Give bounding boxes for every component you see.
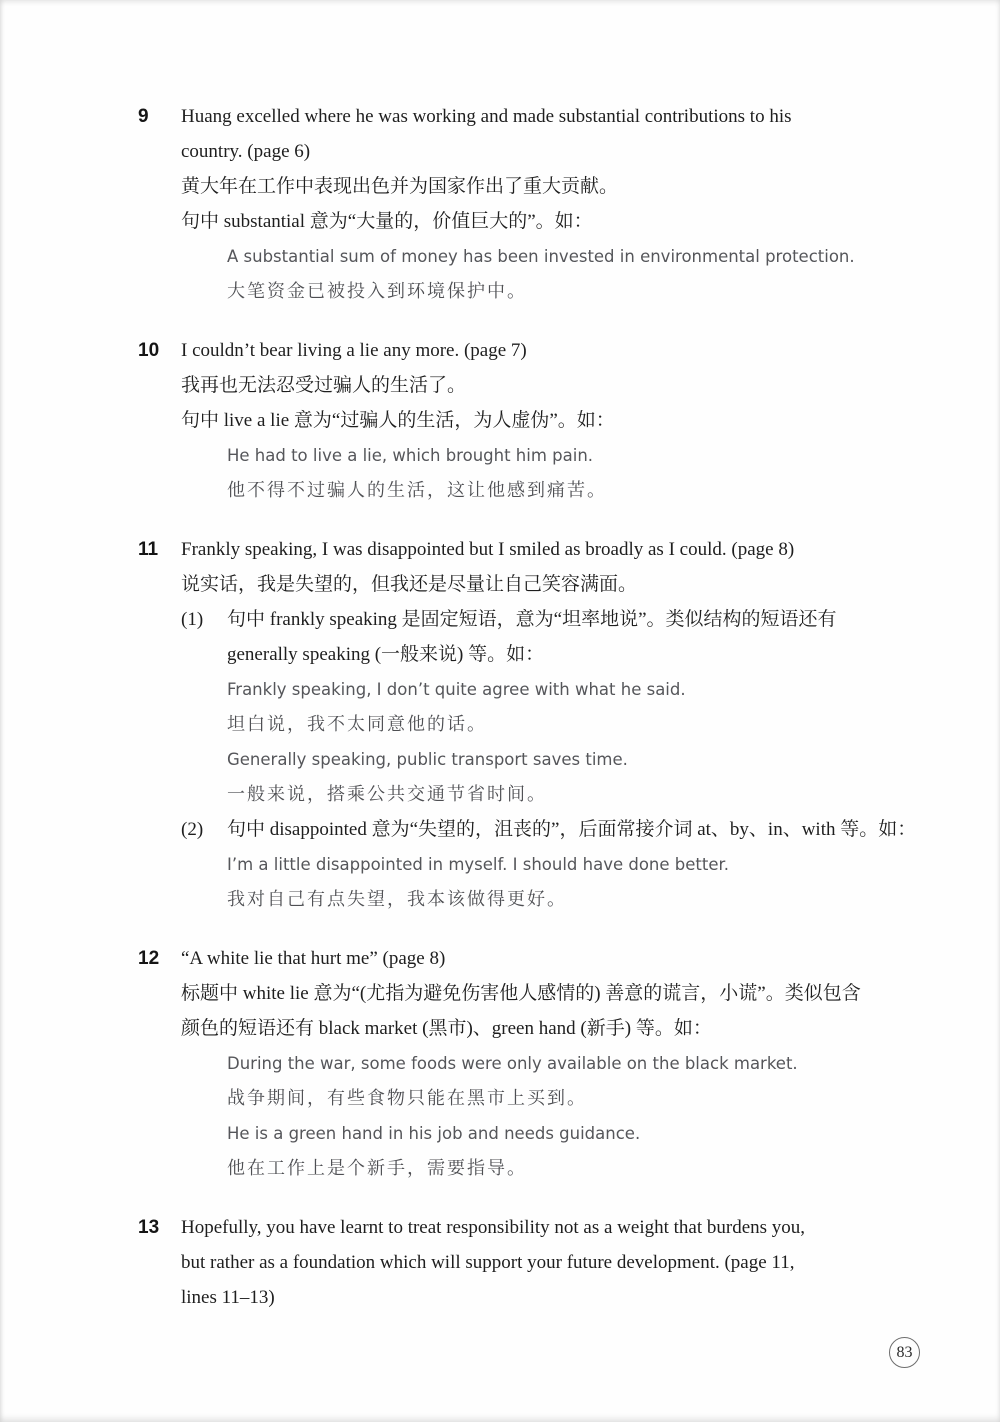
explanation-note: 句中 frankly speaking 是固定短语，意为“坦率地说”。类似结构的… bbox=[227, 602, 878, 637]
explanation-note: 句中 live a lie 意为“过骗人的生活，为人虚伪”。如： bbox=[181, 403, 878, 438]
item-13: 13 Hopefully, you have learnt to treat r… bbox=[138, 1210, 878, 1315]
translation-zh: 说实话，我是失望的，但我还是尽量让自己笑容满面。 bbox=[181, 567, 878, 602]
example-zh: 一般来说，搭乘公共交通节省时间。 bbox=[227, 777, 878, 812]
item-number: 10 bbox=[138, 333, 181, 508]
sub-item-1: (1) 句中 frankly speaking 是固定短语，意为“坦率地说”。类… bbox=[181, 602, 878, 812]
example-en: Frankly speaking, I don’t quite agree wi… bbox=[227, 672, 878, 707]
sub-item-content: 句中 disappointed 意为“失望的，沮丧的”，后面常接介词 at、by… bbox=[227, 812, 878, 917]
sub-item-marker: (1) bbox=[181, 602, 227, 812]
item-12: 12 “A white lie that hurt me” (page 8) 标… bbox=[138, 941, 878, 1186]
sub-item-marker: (2) bbox=[181, 812, 227, 917]
example-zh: 大笔资金已被投入到环境保护中。 bbox=[227, 274, 878, 309]
example-en: A substantial sum of money has been inve… bbox=[227, 239, 878, 274]
sub-item-2: (2) 句中 disappointed 意为“失望的，沮丧的”，后面常接介词 a… bbox=[181, 812, 878, 917]
sentence-en-line: Huang excelled where he was working and … bbox=[181, 99, 878, 134]
item-number: 11 bbox=[138, 532, 181, 917]
page-content: 9 Huang excelled where he was working an… bbox=[138, 99, 878, 1339]
example-zh: 他不得不过骗人的生活，这让他感到痛苦。 bbox=[227, 473, 878, 508]
item-number: 9 bbox=[138, 99, 181, 309]
explanation-note: 句中 disappointed 意为“失望的，沮丧的”，后面常接介词 at、by… bbox=[227, 812, 878, 847]
example-zh: 我对自己有点失望，我本该做得更好。 bbox=[227, 882, 878, 917]
example-zh: 坦白说，我不太同意他的话。 bbox=[227, 707, 878, 742]
item-body: “A white lie that hurt me” (page 8) 标题中 … bbox=[181, 941, 878, 1186]
sentence-en-line: lines 11–13) bbox=[181, 1280, 878, 1315]
explanation-note: 颜色的短语还有 black market (黑市)、green hand (新手… bbox=[181, 1011, 878, 1046]
item-9: 9 Huang excelled where he was working an… bbox=[138, 99, 878, 309]
translation-zh: 黄大年在工作中表现出色并为国家作出了重大贡献。 bbox=[181, 169, 878, 204]
sub-item-content: 句中 frankly speaking 是固定短语，意为“坦率地说”。类似结构的… bbox=[227, 602, 878, 812]
explanation-note: generally speaking (一般来说) 等。如： bbox=[227, 637, 878, 672]
sentence-en-line: country. (page 6) bbox=[181, 134, 878, 169]
example-zh: 他在工作上是个新手，需要指导。 bbox=[227, 1151, 878, 1186]
item-body: I couldn’t bear living a lie any more. (… bbox=[181, 333, 878, 508]
example-en: He is a green hand in his job and needs … bbox=[227, 1116, 878, 1151]
item-number: 13 bbox=[138, 1210, 181, 1315]
sentence-en-line: I couldn’t bear living a lie any more. (… bbox=[181, 333, 878, 368]
sentence-en-line: Hopefully, you have learnt to treat resp… bbox=[181, 1210, 878, 1245]
example-en: I’m a little disappointed in myself. I s… bbox=[227, 847, 878, 882]
translation-zh: 我再也无法忍受过骗人的生活了。 bbox=[181, 368, 878, 403]
sentence-en-line: “A white lie that hurt me” (page 8) bbox=[181, 941, 878, 976]
sentence-en-line: Frankly speaking, I was disappointed but… bbox=[181, 532, 878, 567]
item-body: Huang excelled where he was working and … bbox=[181, 99, 878, 309]
item-10: 10 I couldn’t bear living a lie any more… bbox=[138, 333, 878, 508]
explanation-note: 标题中 white lie 意为“(尤指为避免伤害他人感情的) 善意的谎言，小谎… bbox=[181, 976, 878, 1011]
example-en: Generally speaking, public transport sav… bbox=[227, 742, 878, 777]
item-number: 12 bbox=[138, 941, 181, 1186]
explanation-note: 句中 substantial 意为“大量的，价值巨大的”。如： bbox=[181, 204, 878, 239]
document-page: 9 Huang excelled where he was working an… bbox=[0, 0, 1000, 1422]
page-number-badge: 83 bbox=[889, 1337, 920, 1368]
item-body: Hopefully, you have learnt to treat resp… bbox=[181, 1210, 878, 1315]
item-11: 11 Frankly speaking, I was disappointed … bbox=[138, 532, 878, 917]
sentence-en-line: but rather as a foundation which will su… bbox=[181, 1245, 878, 1280]
example-zh: 战争期间，有些食物只能在黑市上买到。 bbox=[227, 1081, 878, 1116]
item-body: Frankly speaking, I was disappointed but… bbox=[181, 532, 878, 917]
page-number: 83 bbox=[897, 1344, 913, 1362]
example-en: During the war, some foods were only ava… bbox=[227, 1046, 878, 1081]
example-en: He had to live a lie, which brought him … bbox=[227, 438, 878, 473]
